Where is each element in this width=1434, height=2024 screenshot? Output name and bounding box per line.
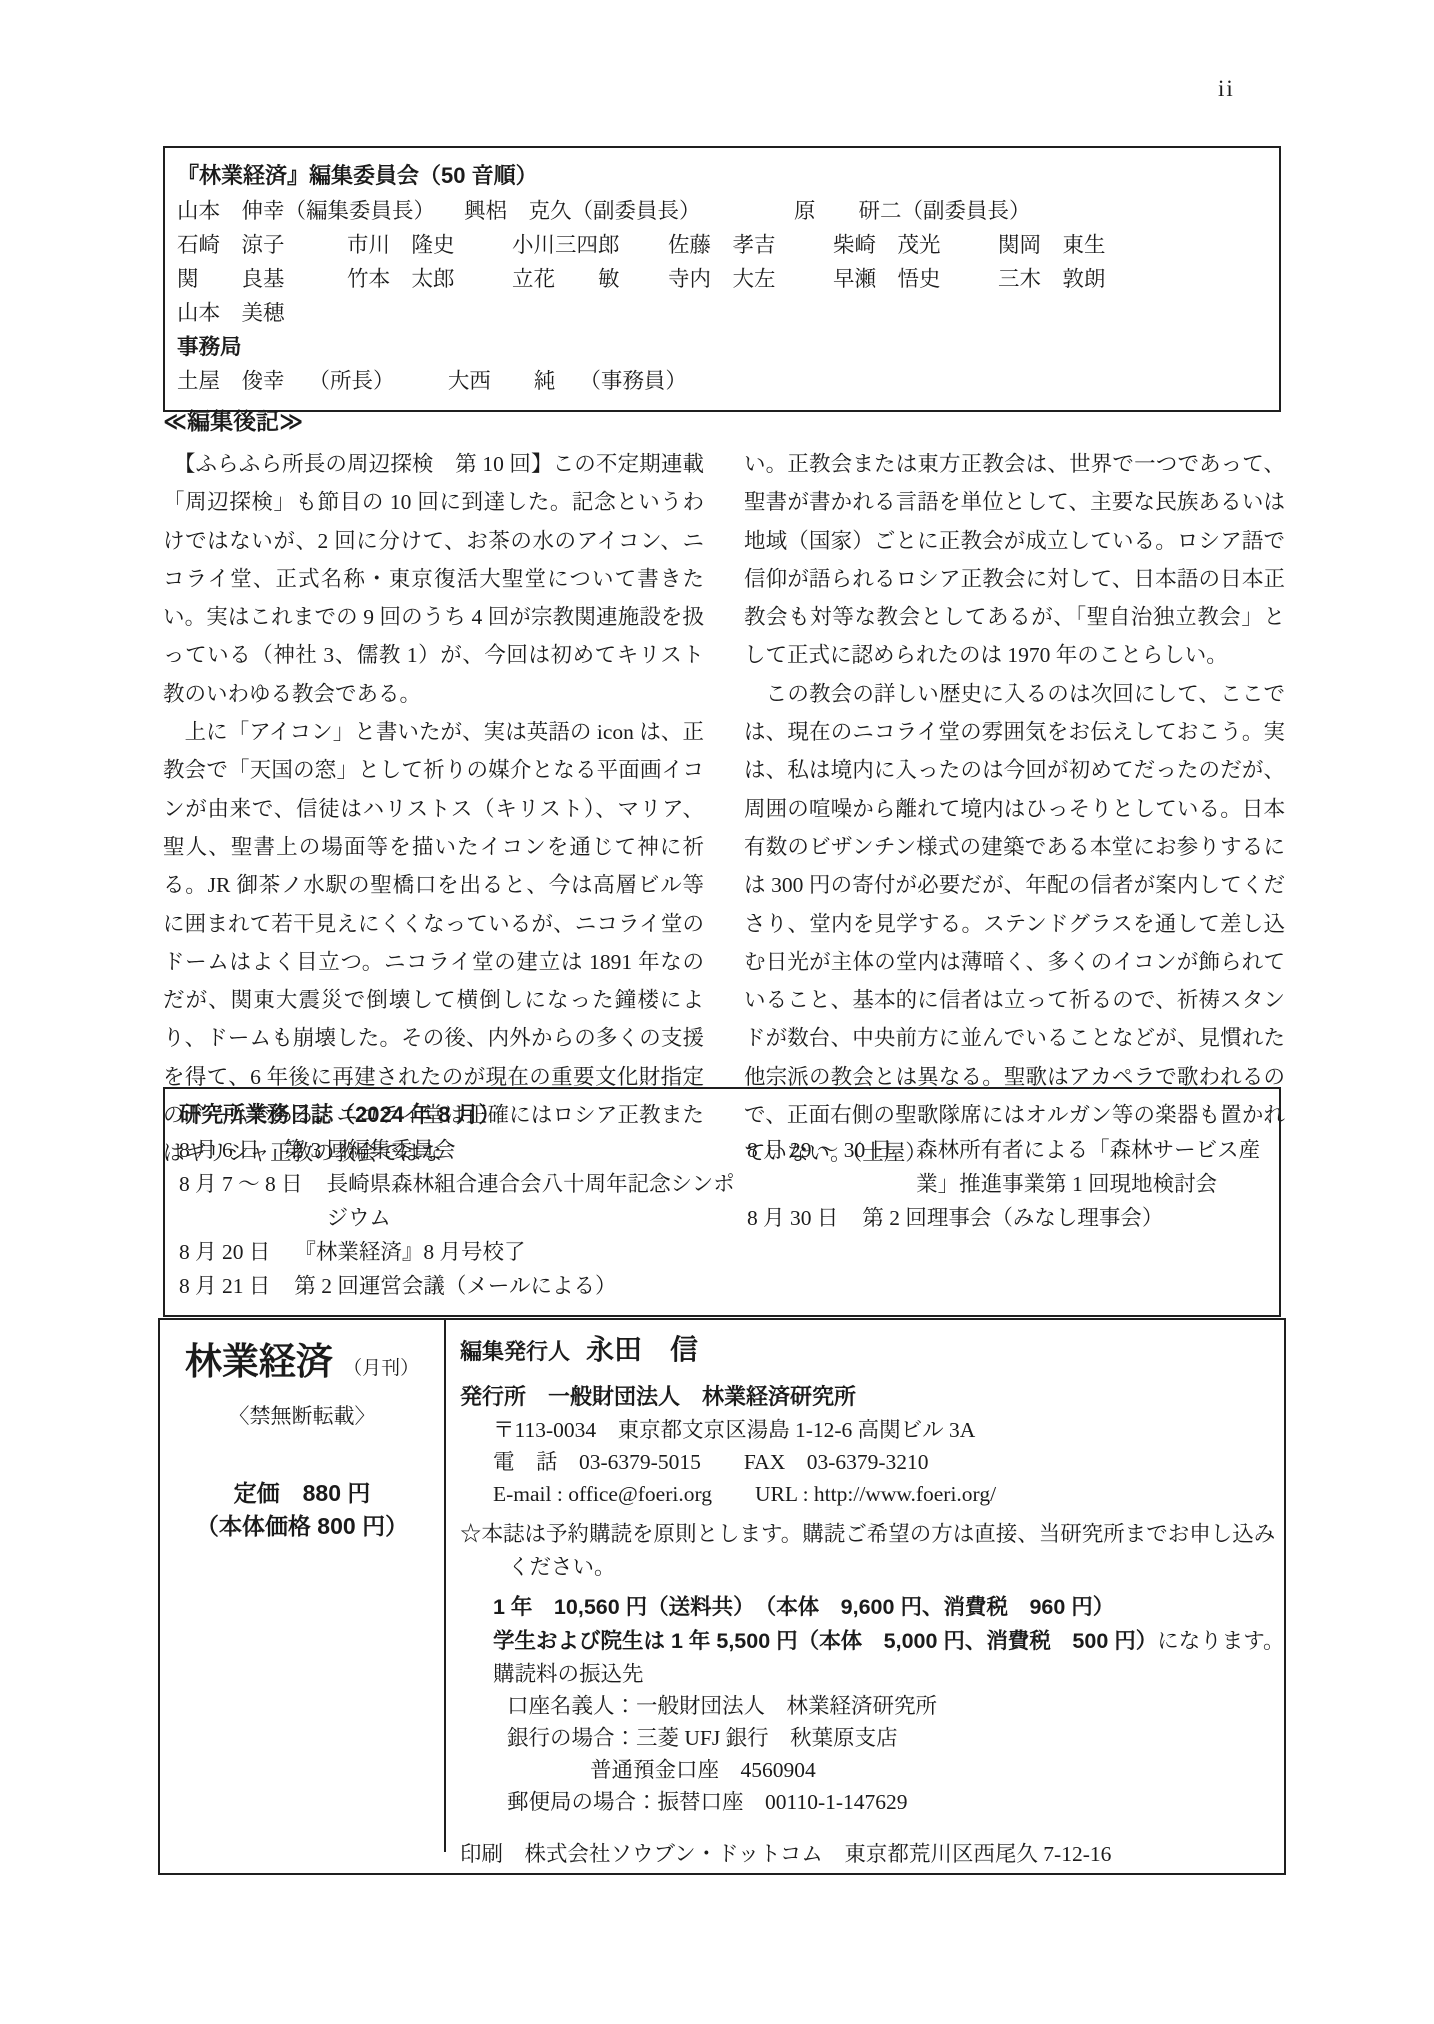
journal-title-text: 林業経済 (185, 1341, 333, 1382)
committee-member: 竹本 太郎 (347, 262, 512, 296)
diary-entry-desc: 森林所有者による「森林サービス産業」推進事業第 1 回現地検討会 (916, 1133, 1265, 1201)
committee-member: 原 研二（副委員長） (794, 194, 1265, 228)
committee-title: 『林業経済』編集委員会（50 音順） (177, 158, 1265, 194)
printer-line: 印刷 株式会社ソウブン・ドットコム 東京都荒川区西尾久 7-12-16 (460, 1838, 1286, 1870)
diary-entry-desc: 第 2 回運営会議（メールによる） (294, 1269, 747, 1303)
price-block: 定価 880 円 （本体価格 800 円） (160, 1477, 444, 1543)
diary-entry: 8 月 20 日『林業経済』8 月号校了 (179, 1235, 747, 1269)
diary-entry-date: 8 月 29 ～ 30 日 (747, 1133, 892, 1167)
diary-entry: 8 月 21 日第 2 回運営会議（メールによる） (179, 1269, 747, 1303)
diary-columns: 8 月 6 日第 3 回編集委員会 8 月 7 ～ 8 日長崎県森林組合連合会八… (179, 1133, 1265, 1303)
price-line: （本体価格 800 円） (160, 1510, 444, 1543)
page-number: ii (1218, 76, 1235, 102)
diary-entry: 8 月 30 日第 2 回理事会（みなし理事会） (747, 1201, 1265, 1235)
transfer-account-holder: 口座名義人：一般財団法人 林業経済研究所 (507, 1690, 1286, 1722)
member-role: （副委員長） (572, 199, 701, 223)
committee-row: 関 良基 竹本 太郎 立花 敏 寺内 大左 早瀬 悟史 三木 敦朗 (177, 262, 1265, 296)
secretariat-member: 大西 純（事務員） (448, 369, 711, 393)
committee-member: 寺内 大左 (668, 262, 833, 296)
colophon-left-cell: 林業経済 （月刊） 〈禁無断転載〉 定価 880 円 （本体価格 800 円） (160, 1340, 444, 1543)
price-line: 定価 880 円 (160, 1477, 444, 1510)
editorial-postscript: ≪編集後記≫ 【ふらふら所長の周辺探検 第 10 回】この不定期連載「周辺探検」… (163, 406, 1285, 1173)
transfer-heading: 購読料の振込先 (493, 1658, 1286, 1690)
committee-member: 市川 隆史 (347, 228, 512, 262)
diary-entry: 8 月 29 ～ 30 日森林所有者による「森林サービス産業」推進事業第 1 回… (747, 1133, 1265, 1201)
diary-entry-date: 8 月 20 日 (179, 1235, 270, 1269)
postscript-left-column: 【ふらふら所長の周辺探検 第 10 回】この不定期連載「周辺探検」も節目の 10… (163, 445, 704, 1173)
committee-member: 小川三四郎 (512, 228, 668, 262)
diary-entry-desc: 『林業経済』8 月号校了 (294, 1235, 747, 1269)
committee-member: 石崎 涼子 (177, 228, 347, 262)
journal-title: 林業経済 （月刊） (160, 1340, 444, 1391)
publisher-phone: 電 話 03-6379-5015 FAX 03-6379-3210 (493, 1446, 1286, 1478)
committee-member: 三木 敦朗 (998, 262, 1265, 296)
publisher-email-url: E-mail : office@foeri.org URL : http://w… (493, 1478, 1286, 1510)
committee-row: 山本 伸幸（編集委員長） 興梠 克久（副委員長） 原 研二（副委員長） (177, 194, 1265, 228)
member-role: （事務員） (579, 369, 687, 393)
editor-label: 編集発行人 (460, 1339, 570, 1364)
secretariat-row: 土屋 俊幸（所長） 大西 純（事務員） (177, 364, 1265, 398)
diary-entry-date: 8 月 30 日 (747, 1201, 838, 1235)
member-name: 興梠 克久 (464, 199, 572, 223)
committee-row: 山本 美穂 (177, 296, 1265, 330)
committee-member: 立花 敏 (512, 262, 668, 296)
committee-member: 関岡 東生 (998, 228, 1265, 262)
journal-colophon-page: ii 『林業経済』編集委員会（50 音順） 山本 伸幸（編集委員長） 興梠 克久… (0, 0, 1434, 2024)
diary-entry-desc: 長崎県森林組合連合会八十周年記念シンポジウム (327, 1167, 747, 1235)
committee-member: 関 良基 (177, 262, 347, 296)
colophon-right-cell: 編集発行人永田 信 発行所 一般財団法人 林業経済研究所 〒113-0034 東… (446, 1334, 1286, 1870)
diary-title: 研究所業務日誌（2024 年 8 月） (179, 1097, 1265, 1133)
colophon-box: 林業経済 （月刊） 〈禁無断転載〉 定価 880 円 （本体価格 800 円） … (158, 1318, 1286, 1875)
transfer-post: 郵便局の場合：振替口座 00110-1-147629 (507, 1786, 1286, 1818)
diary-right-column: 8 月 29 ～ 30 日森林所有者による「森林サービス産業」推進事業第 1 回… (747, 1133, 1265, 1303)
secretariat-member: 土屋 俊幸（所長） (177, 369, 419, 393)
yearly-price-line: 1 年 10,560 円（送料共） （本体 9,600 円、消費税 960 円） (493, 1590, 1286, 1625)
student-price-tail: になります。 (1157, 1629, 1284, 1653)
publisher-address: 〒113-0034 東京都文京区湯島 1-12-6 高関ビル 3A (493, 1414, 1286, 1446)
publisher-line: 発行所 一般財団法人 林業経済研究所 (460, 1380, 1286, 1414)
subscription-note: ☆本誌は予約購読を原則とします。購読ご希望の方は直接、当研究所までお申し込みくだ… (460, 1518, 1286, 1584)
committee-member: 柴崎 茂光 (833, 228, 998, 262)
editorial-committee-box: 『林業経済』編集委員会（50 音順） 山本 伸幸（編集委員長） 興梠 克久（副委… (163, 146, 1281, 412)
diary-entry-date: 8 月 21 日 (179, 1269, 270, 1303)
postscript-columns: 【ふらふら所長の周辺探検 第 10 回】この不定期連載「周辺探検」も節目の 10… (163, 445, 1285, 1173)
editor-name: 永田 信 (586, 1334, 698, 1365)
member-role: （所長） (309, 369, 395, 393)
committee-member: 山本 美穂 (177, 301, 285, 325)
diary-entry-desc: 第 2 回理事会（みなし理事会） (862, 1201, 1265, 1235)
postscript-paragraph: 【ふらふら所長の周辺探検 第 10 回】この不定期連載「周辺探検」も節目の 10… (163, 445, 704, 713)
member-role: （副委員長） (902, 199, 1031, 223)
committee-member: 山本 伸幸（編集委員長） (177, 194, 464, 228)
secretariat-label: 事務局 (177, 330, 1265, 364)
diary-entry-date: 8 月 6 日 (179, 1133, 260, 1167)
postscript-heading: ≪編集後記≫ (163, 406, 1285, 436)
member-name: 原 研二 (794, 199, 902, 223)
diary-entry-date: 8 月 7 ～ 8 日 (179, 1167, 303, 1201)
committee-member: 早瀬 悟史 (833, 262, 998, 296)
committee-member: 佐藤 孝吉 (668, 228, 833, 262)
business-diary-box: 研究所業務日誌（2024 年 8 月） 8 月 6 日第 3 回編集委員会 8 … (163, 1087, 1281, 1317)
member-name: 山本 伸幸 (177, 199, 285, 223)
postscript-right-column: い。正教会または東方正教会は、世界で一つであって、聖書が書かれる言語を単位として… (744, 445, 1285, 1173)
committee-member: 興梠 克久（副委員長） (464, 194, 794, 228)
reprint-notice: 〈禁無断転載〉 (160, 1401, 444, 1431)
editor-line: 編集発行人永田 信 (460, 1334, 1286, 1368)
diary-left-column: 8 月 6 日第 3 回編集委員会 8 月 7 ～ 8 日長崎県森林組合連合会八… (179, 1133, 747, 1303)
member-role: （編集委員長） (285, 199, 436, 223)
member-name: 土屋 俊幸 (177, 369, 285, 393)
transfer-bank-account: 普通預金口座 4560904 (590, 1754, 1286, 1786)
postscript-paragraph: い。正教会または東方正教会は、世界で一つであって、聖書が書かれる言語を単位として… (744, 445, 1285, 675)
member-name: 大西 純 (448, 369, 556, 393)
journal-subtitle: （月刊） (343, 1358, 419, 1379)
diary-entry: 8 月 6 日第 3 回編集委員会 (179, 1133, 747, 1167)
diary-entry: 8 月 7 ～ 8 日長崎県森林組合連合会八十周年記念シンポジウム (179, 1167, 747, 1235)
committee-row: 石崎 涼子 市川 隆史 小川三四郎 佐藤 孝吉 柴崎 茂光 関岡 東生 (177, 228, 1265, 262)
diary-entry-desc: 第 3 回編集委員会 (284, 1133, 747, 1167)
student-price-line: 学生および院生は 1 年 5,500 円（本体 5,000 円、消費税 500 … (493, 1625, 1286, 1658)
student-price-bold: 学生および院生は 1 年 5,500 円（本体 5,000 円、消費税 500 … (493, 1629, 1157, 1653)
transfer-bank: 銀行の場合：三菱 UFJ 銀行 秋葉原支店 (507, 1722, 1286, 1754)
